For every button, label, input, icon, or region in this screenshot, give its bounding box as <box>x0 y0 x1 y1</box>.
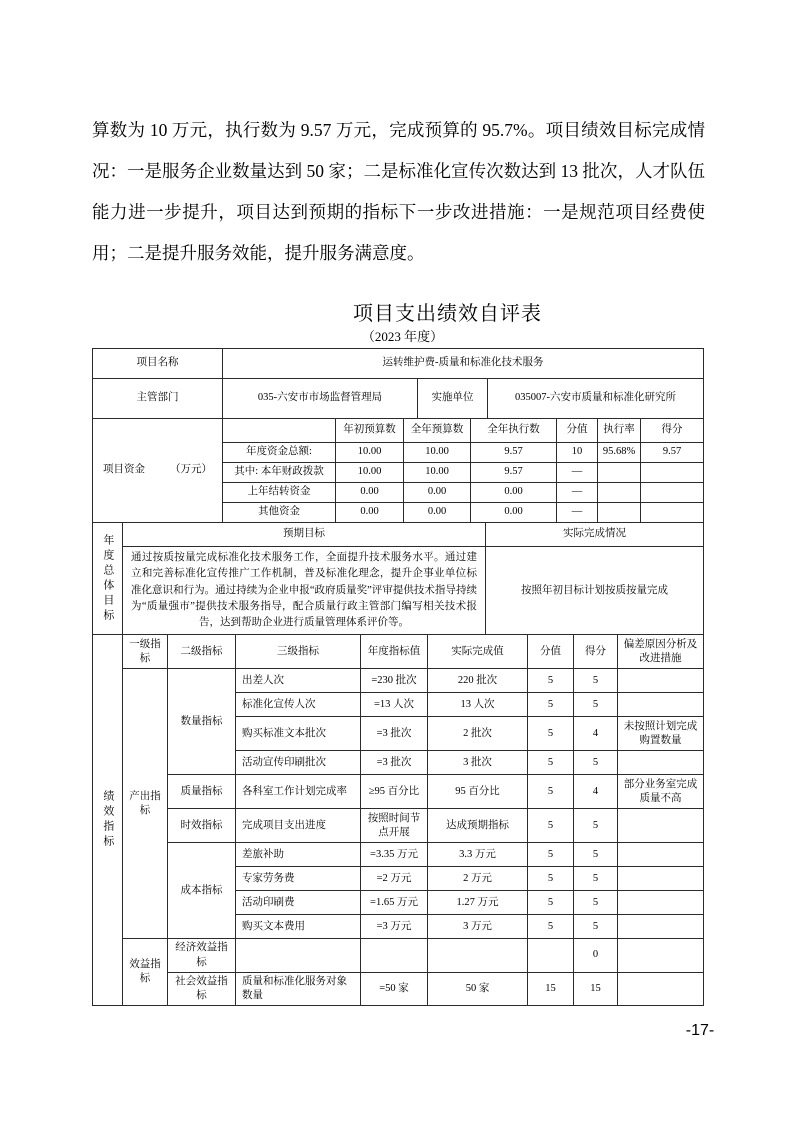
perf-score-value-cell: 5 <box>528 867 574 891</box>
perf-score-value-cell <box>528 939 574 972</box>
perf-row: 质量指标 各科室工作计划完成率 ≥95 百分比 95 百分比 5 4 部分业务室… <box>93 775 704 809</box>
table-title: 项目支出绩效自评表 <box>92 297 703 326</box>
perf-target-cell: =13 人次 <box>361 693 428 717</box>
perf-level2-timeliness: 时效指标 <box>168 809 236 843</box>
perf-score-cell: 5 <box>574 809 618 843</box>
perf-header-level3: 三级指标 <box>236 635 361 669</box>
perf-score-value-cell: 5 <box>528 717 574 751</box>
funding-header-score: 得分 <box>641 419 704 443</box>
perf-score-value-cell: 5 <box>528 669 574 693</box>
perf-deviation-cell <box>618 693 704 717</box>
perf-l3-cell: 各科室工作计划完成率 <box>236 775 361 809</box>
perf-actual-cell: 95 百分比 <box>428 775 528 809</box>
perf-deviation-cell <box>618 669 704 693</box>
perf-score-value-cell: 5 <box>528 693 574 717</box>
project-name-label: 项目名称 <box>93 349 223 379</box>
perf-l3-cell: 完成项目支出进度 <box>236 809 361 843</box>
perf-actual-cell: 220 批次 <box>428 669 528 693</box>
funding-label-text: 项目资金 <box>103 463 145 477</box>
body-paragraph: 算数为 10 万元，执行数为 9.57 万元，完成预算的 95.7%。项目绩效目… <box>92 110 705 274</box>
expected-goal-header: 预期目标 <box>123 523 486 547</box>
perf-level1-output: 产出指标 <box>123 669 168 939</box>
actual-result-text: 按照年初目标计划按质按量完成 <box>486 547 704 635</box>
performance-table: 绩效指标 一级指标 二级指标 三级指标 年度指标值 实际完成值 分值 得分 偏差… <box>92 634 704 1006</box>
perf-row: 社会效益指标 质量和标准化服务对象数量 =50 家 50 家 15 15 <box>93 972 704 1005</box>
perf-l3-cell: 专家劳务费 <box>236 867 361 891</box>
annual-goal-header-row: 年度总体目标 预期目标 实际完成情况 <box>93 523 704 547</box>
perf-score-cell: 15 <box>574 972 618 1005</box>
perf-score-value-cell: 5 <box>528 809 574 843</box>
perf-level2-quantity: 数量指标 <box>168 669 236 775</box>
perf-l3-cell: 购买标准文本批次 <box>236 717 361 751</box>
funding-initial: 10.00 <box>336 443 404 463</box>
funding-label: 项目资金 （万元） <box>93 419 223 523</box>
perf-header-level1: 一级指标 <box>123 635 168 669</box>
perf-deviation-cell <box>618 751 704 775</box>
funding-header-executed: 全年执行数 <box>471 419 557 443</box>
perf-l3-cell: 活动印刷费 <box>236 891 361 915</box>
department-row: 主管部门 035-六安市市场监督管理局 实施单位 035007-六安市质量和标准… <box>93 379 704 419</box>
perf-score-cell: 5 <box>574 867 618 891</box>
funding-annual: 0.00 <box>404 483 471 503</box>
funding-annual: 10.00 <box>404 463 471 483</box>
perf-deviation-cell <box>618 915 704 939</box>
funding-rate <box>598 463 641 483</box>
perf-score-cell: 5 <box>574 915 618 939</box>
annual-goal-content-row: 通过按质按量完成标准化技术服务工作，全面提升技术服务水平。通过建立和完善标准化宣… <box>93 547 704 635</box>
funding-score <box>641 483 704 503</box>
perf-actual-cell <box>428 939 528 972</box>
perf-actual-cell: 3.3 万元 <box>428 843 528 867</box>
perf-deviation-cell: 未按照计划完成购置数量 <box>618 717 704 751</box>
perf-actual-cell: 2 批次 <box>428 717 528 751</box>
funding-label-unit: （万元） <box>170 463 212 477</box>
perf-score-value-cell: 5 <box>528 843 574 867</box>
funding-executed: 0.00 <box>471 503 557 523</box>
page-number: -17- <box>655 1022 745 1040</box>
funding-annual: 0.00 <box>404 503 471 523</box>
perf-score-cell: 5 <box>574 693 618 717</box>
perf-header-deviation: 偏差原因分析及改进措施 <box>618 635 704 669</box>
funding-executed: 9.57 <box>471 463 557 483</box>
funding-blank-header <box>223 419 336 443</box>
perf-actual-cell: 3 万元 <box>428 915 528 939</box>
funding-score-value: 10 <box>557 443 598 463</box>
perf-actual-cell: 1.27 万元 <box>428 891 528 915</box>
perf-l3-cell: 出差人次 <box>236 669 361 693</box>
funding-row-name: 其他资金 <box>223 503 336 523</box>
funding-score-value: — <box>557 503 598 523</box>
funding-rate: 95.68% <box>598 443 641 463</box>
perf-score-value-cell: 5 <box>528 775 574 809</box>
project-name-value: 运转维护费-质量和标准化技术服务 <box>223 349 704 379</box>
perf-score-cell: 4 <box>574 717 618 751</box>
perf-level1-benefit: 效益指标 <box>123 939 168 1006</box>
perf-header-target: 年度指标值 <box>361 635 428 669</box>
funding-score <box>641 503 704 523</box>
perf-target-cell: =3.35 万元 <box>361 843 428 867</box>
perf-deviation-cell <box>618 939 704 972</box>
perf-target-cell: 按照时间节点开展 <box>361 809 428 843</box>
perf-target-cell: =1.65 万元 <box>361 891 428 915</box>
perf-l3-cell: 差旅补助 <box>236 843 361 867</box>
perf-score-value-cell: 15 <box>528 972 574 1005</box>
perf-level2-quality: 质量指标 <box>168 775 236 809</box>
perf-level2-social: 社会效益指标 <box>168 972 236 1005</box>
perf-label-text: 绩效指标 <box>100 790 115 850</box>
perf-l3-cell <box>236 939 361 972</box>
perf-score-value-cell: 5 <box>528 751 574 775</box>
perf-header-actual: 实际完成值 <box>428 635 528 669</box>
perf-actual-cell: 2 万元 <box>428 867 528 891</box>
dept-label: 主管部门 <box>93 379 223 419</box>
funding-rate <box>598 503 641 523</box>
basic-info-table: 项目名称 运转维护费-质量和标准化技术服务 主管部门 035-六安市市场监督管理… <box>92 348 704 419</box>
perf-target-cell: =3 批次 <box>361 717 428 751</box>
funding-header-row: 项目资金 （万元） 年初预算数 全年预算数 全年执行数 分值 执行率 得分 <box>93 419 704 443</box>
perf-actual-cell: 13 人次 <box>428 693 528 717</box>
perf-score-value-cell: 5 <box>528 915 574 939</box>
unit-label: 实施单位 <box>418 379 488 419</box>
funding-score: 9.57 <box>641 443 704 463</box>
perf-score-cell: 5 <box>574 843 618 867</box>
perf-l3-cell: 购买文本费用 <box>236 915 361 939</box>
perf-target-cell: =230 批次 <box>361 669 428 693</box>
perf-header-score-value: 分值 <box>528 635 574 669</box>
annual-goal-label: 年度总体目标 <box>93 523 123 635</box>
perf-level2-economic: 经济效益指标 <box>168 939 236 972</box>
perf-target-cell: =3 万元 <box>361 915 428 939</box>
perf-deviation-cell <box>618 843 704 867</box>
funding-initial: 0.00 <box>336 503 404 523</box>
funding-header-initial: 年初预算数 <box>336 419 404 443</box>
funding-table: 项目资金 （万元） 年初预算数 全年预算数 全年执行数 分值 执行率 得分 年度… <box>92 418 704 523</box>
project-name-row: 项目名称 运转维护费-质量和标准化技术服务 <box>93 349 704 379</box>
perf-score-cell: 4 <box>574 775 618 809</box>
funding-score-value: — <box>557 483 598 503</box>
actual-result-header: 实际完成情况 <box>486 523 704 547</box>
funding-executed: 0.00 <box>471 483 557 503</box>
perf-score-cell: 5 <box>574 669 618 693</box>
funding-row-name: 上年结转资金 <box>223 483 336 503</box>
perf-l3-cell: 质量和标准化服务对象数量 <box>236 972 361 1005</box>
funding-row-name: 其中: 本年财政拨款 <box>223 463 336 483</box>
perf-deviation-cell <box>618 891 704 915</box>
perf-actual-cell: 50 家 <box>428 972 528 1005</box>
perf-deviation-cell <box>618 972 704 1005</box>
perf-deviation-cell: 部分业务室完成质量不高 <box>618 775 704 809</box>
perf-target-cell <box>361 939 428 972</box>
self-evaluation-table: 项目名称 运转维护费-质量和标准化技术服务 主管部门 035-六安市市场监督管理… <box>92 349 703 1006</box>
funding-score-value: — <box>557 463 598 483</box>
funding-rate <box>598 483 641 503</box>
perf-l3-cell: 活动宣传印刷批次 <box>236 751 361 775</box>
table-subtitle: （2023 年度） <box>92 326 703 345</box>
perf-score-value-cell: 5 <box>528 891 574 915</box>
perf-row: 时效指标 完成项目支出进度 按照时间节点开展 达成预期指标 5 5 <box>93 809 704 843</box>
funding-score <box>641 463 704 483</box>
perf-target-cell: =50 家 <box>361 972 428 1005</box>
perf-target-cell: =3 批次 <box>361 751 428 775</box>
perf-deviation-cell <box>618 809 704 843</box>
perf-actual-cell: 达成预期指标 <box>428 809 528 843</box>
annual-goal-label-text: 年度总体目标 <box>100 534 115 624</box>
perf-target-cell: ≥95 百分比 <box>361 775 428 809</box>
funding-initial: 0.00 <box>336 483 404 503</box>
perf-header-score: 得分 <box>574 635 618 669</box>
funding-header-annual: 全年预算数 <box>404 419 471 443</box>
perf-score-cell: 5 <box>574 751 618 775</box>
annual-goal-table: 年度总体目标 预期目标 实际完成情况 通过按质按量完成标准化技术服务工作，全面提… <box>92 522 704 635</box>
perf-header-level2: 二级指标 <box>168 635 236 669</box>
funding-header-rate: 执行率 <box>598 419 641 443</box>
perf-target-cell: =2 万元 <box>361 867 428 891</box>
perf-level2-cost: 成本指标 <box>168 843 236 939</box>
perf-score-cell: 0 <box>574 939 618 972</box>
funding-executed: 9.57 <box>471 443 557 463</box>
dept-value: 035-六安市市场监督管理局 <box>223 379 418 419</box>
perf-score-cell: 5 <box>574 891 618 915</box>
funding-row-name: 年度资金总额: <box>223 443 336 463</box>
perf-row: 效益指标 经济效益指标 0 <box>93 939 704 972</box>
funding-header-score-value: 分值 <box>557 419 598 443</box>
perf-header-row: 绩效指标 一级指标 二级指标 三级指标 年度指标值 实际完成值 分值 得分 偏差… <box>93 635 704 669</box>
expected-goal-text: 通过按质按量完成标准化技术服务工作，全面提升技术服务水平。通过建立和完善标准化宣… <box>123 547 486 635</box>
funding-annual: 10.00 <box>404 443 471 463</box>
document-page: 算数为 10 万元，执行数为 9.57 万元，完成预算的 95.7%。项目绩效目… <box>0 0 793 1122</box>
perf-l3-cell: 标准化宣传人次 <box>236 693 361 717</box>
funding-initial: 10.00 <box>336 463 404 483</box>
perf-label: 绩效指标 <box>93 635 123 1006</box>
perf-row: 产出指标 数量指标 出差人次 =230 批次 220 批次 5 5 <box>93 669 704 693</box>
perf-actual-cell: 3 批次 <box>428 751 528 775</box>
unit-value: 035007-六安市质量和标准化研究所 <box>488 379 704 419</box>
perf-row: 成本指标 差旅补助 =3.35 万元 3.3 万元 5 5 <box>93 843 704 867</box>
perf-deviation-cell <box>618 867 704 891</box>
